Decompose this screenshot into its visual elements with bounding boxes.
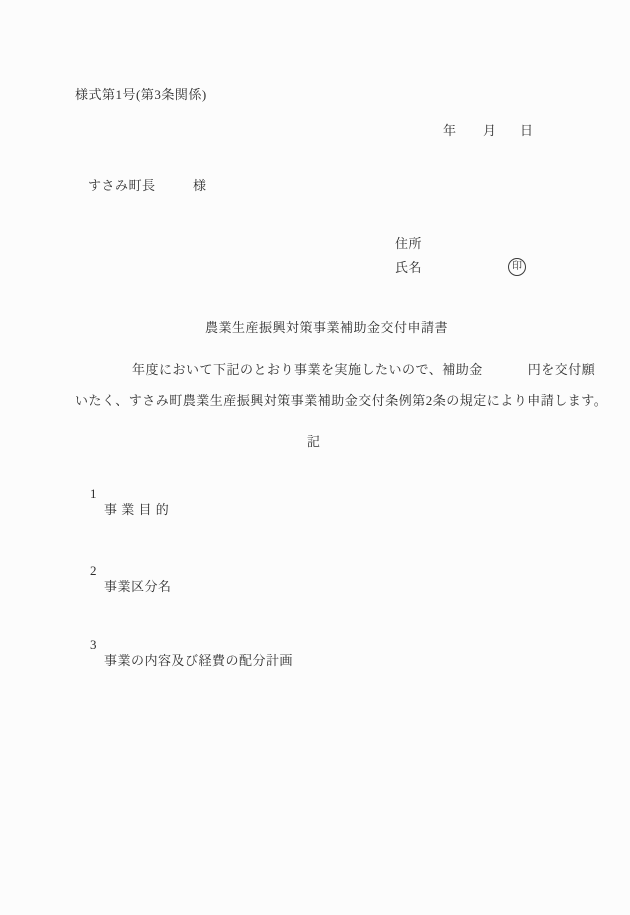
fiscal-year-blank bbox=[75, 362, 132, 376]
item-number: 3 bbox=[90, 637, 98, 653]
recipient-honorific: 様 bbox=[193, 178, 207, 194]
body-paragraph-line-1: 年度において下記のとおり事業を実施したいので、補助金 円を交付願 bbox=[75, 362, 595, 378]
document-title: 農業生産振興対策事業補助金交付申請書 bbox=[205, 320, 448, 336]
subsidy-amount-blank bbox=[483, 362, 528, 376]
body-paragraph-line-2: いたく、すさみ町農業生産振興対策事業補助金交付条例第2条の規定により申請します。 bbox=[75, 393, 607, 409]
date-line: 年 月 日 bbox=[0, 123, 630, 139]
date-day-label: 日 bbox=[520, 123, 534, 139]
item-business-purpose: 1 事 業 目 的 bbox=[75, 470, 169, 534]
applicant-name-line: 氏名 印 bbox=[395, 260, 595, 278]
body-text-after-amount: 円を交付願 bbox=[528, 362, 596, 378]
applicant-name-label: 氏名 bbox=[395, 260, 422, 276]
item-number: 2 bbox=[90, 563, 98, 579]
item-business-category: 2 事業区分名 bbox=[75, 547, 172, 611]
application-form-page: 様式第1号(第3条関係) 年 月 日 すさみ町長 様 住所 氏名 印 農業生産振… bbox=[0, 0, 630, 915]
date-month-label: 月 bbox=[483, 123, 497, 139]
item-number: 1 bbox=[90, 486, 98, 502]
item-label: 事 業 目 的 bbox=[104, 502, 169, 517]
date-year-label: 年 bbox=[443, 123, 457, 139]
recipient-title: すさみ町長 bbox=[88, 178, 156, 194]
body-text-before-amount: 年度において下記のとおり事業を実施したいので、補助金 bbox=[132, 362, 483, 378]
seal-stamp-icon: 印 bbox=[508, 258, 526, 276]
form-number: 様式第1号(第3条関係) bbox=[75, 87, 207, 103]
recipient-line: すさみ町長 様 bbox=[0, 178, 630, 194]
record-heading: 記 bbox=[307, 434, 321, 450]
item-business-content-plan: 3 事業の内容及び経費の配分計画 bbox=[75, 621, 293, 685]
item-label: 事業の内容及び経費の配分計画 bbox=[104, 653, 293, 668]
applicant-address-label: 住所 bbox=[395, 236, 422, 252]
item-label: 事業区分名 bbox=[104, 579, 172, 594]
